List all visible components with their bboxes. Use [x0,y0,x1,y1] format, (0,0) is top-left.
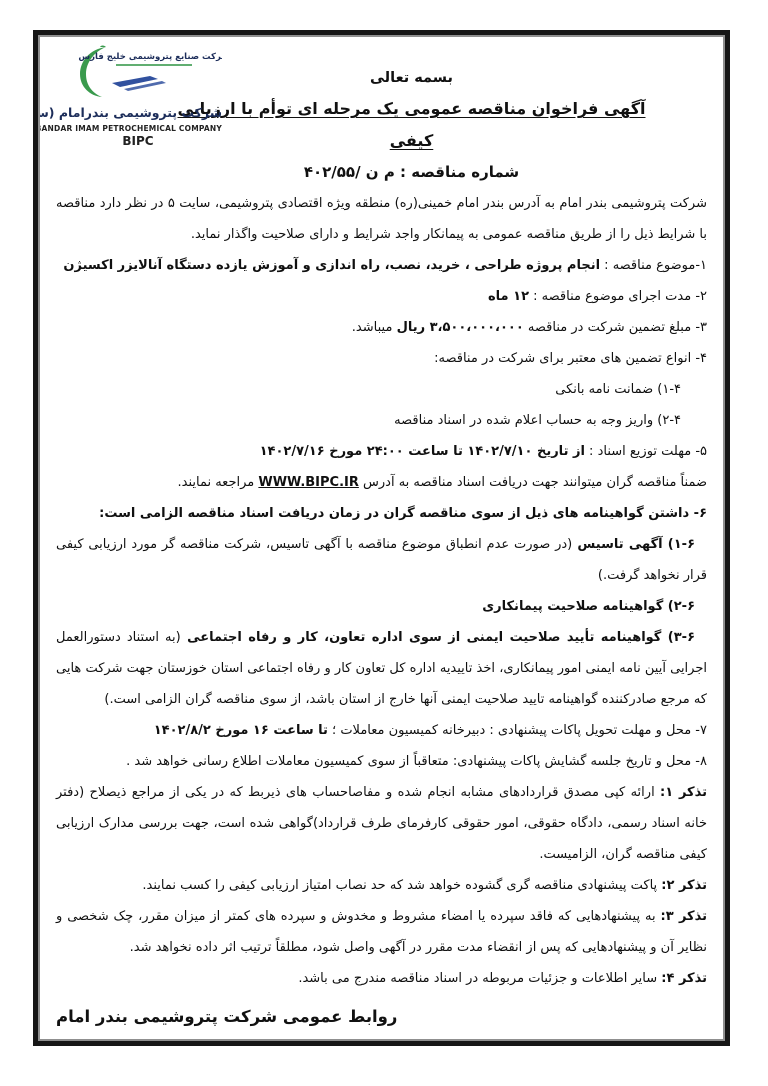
text-segment: ۲-۶) گواهینامه صلاحیت پیمانکاری [482,599,695,614]
item-3-guarantee-amount: ۳- مبلغ تضمین شرکت در مناقصه ۳،۵۰۰،۰۰۰،۰… [56,312,707,343]
item-2-duration: ۲- مدت اجرای موضوع مناقصه : ۱۲ ماه [56,281,707,312]
logo-abbreviation: BIPC [54,134,222,148]
text-segment: ۱-موضوع مناقصه : [600,258,707,273]
remark-3: تذکر ۳: به پیشنهادهایی که فاقد سپرده یا … [56,901,707,963]
text-segment: تذکر ۴: [661,971,707,986]
tender-number: شماره مناقصه : م ن /۴۰۲/۵۵ [176,157,647,187]
item-6-2-contractor-certificate: ۲-۶) گواهینامه صلاحیت پیمانکاری [56,591,707,622]
note-website: ضمناً مناقصه گران میتوانند جهت دریافت اس… [56,467,707,498]
text-segment: ۲- مدت اجرای موضوع مناقصه : [529,289,707,304]
text-segment: میباشد. [352,320,397,335]
caption-rule [116,64,192,66]
text-segment: مراجعه نمایند. [177,475,258,490]
remark-1: تذکر ۱: ارائه کپی مصدق قراردادهای مشابه … [56,777,707,870]
text-segment: به پیشنهادهایی که فاقد سپرده یا امضاء مش… [56,909,707,955]
document-frame: شرکت صنایع پتروشیمی خلیج فارس شرکت پتروش… [33,30,730,1046]
text-segment: ۴- انواع تضمین های معتبر برای شرکت در من… [434,351,707,366]
item-6-1-establishment-notice: ۱-۶) آگهی تاسیس (در صورت عدم انطباق موضو… [56,529,707,591]
text-segment: ضمناً مناقصه گران میتوانند جهت دریافت اس… [359,475,707,490]
text-segment: ۱۲ ماه [488,289,529,304]
item-5-document-distribution: ۵- مهلت توزیع اسناد : از تاریخ ۱۴۰۲/۷/۱۰… [56,436,707,467]
text-segment: انجام پروژه طراحی ، خرید، نصب، راه انداز… [63,258,600,273]
text-segment: ۶- داشتن گواهینامه های ذیل از سوی مناقصه… [99,506,707,521]
intro-paragraph: شرکت پتروشیمی بندر امام به آدرس بندر اما… [56,188,707,250]
remark-4: تذکر ۴: سایر اطلاعات و جزئیات مربوطه در … [56,963,707,994]
text-segment: تذکر ۲: [661,878,707,893]
document-body: شرکت پتروشیمی بندر امام به آدرس بندر اما… [56,188,707,994]
text-segment: ۷- محل و مهلت تحویل پاکات پیشنهادی : دبی… [328,723,707,738]
text-segment: ۱-۴) ضمانت نامه بانکی [555,382,681,397]
text-segment: تذکر ۱: [660,785,707,800]
item-6-certificates: ۶- داشتن گواهینامه های ذیل از سوی مناقصه… [56,498,707,529]
item-4-2-deposit: ۲-۴) واریز وجه به حساب اعلام شده در اسنا… [56,405,707,436]
text-segment: ۳- مبلغ تضمین شرکت در مناقصه [524,320,707,335]
remark-2: تذکر ۲: پاکت پیشنهادی مناقصه گری گشوده خ… [56,870,707,901]
item-4-1-bank-guarantee: ۱-۴) ضمانت نامه بانکی [56,374,707,405]
text-segment: تا ساعت ۱۶ مورخ ۱۴۰۲/۸/۲ [154,723,328,738]
item-7-envelope-delivery: ۷- محل و مهلت تحویل پاکات پیشنهادی : دبی… [56,715,707,746]
text-segment: تذکر ۳: [661,909,708,924]
item-4-guarantee-types: ۴- انواع تضمین های معتبر برای شرکت در من… [56,343,707,374]
text-segment: ۳-۶) گواهینامه تأیید صلاحیت ایمنی از سوی… [181,630,695,645]
text-segment: ارائه کپی مصدق قراردادهای مشابه انجام شد… [56,785,707,862]
text-segment: ۸- محل و تاریخ جلسه گشایش پاکات پیشنهادی… [126,754,707,769]
public-relations-signature: روابط عمومی شرکت پتروشیمی بندر امام [56,1002,707,1032]
text-segment: پاکت پیشنهادی مناقصه گری گشوده خواهد شد … [142,878,661,893]
logo-company-name-en: BANDAR IMAM PETROCHEMICAL COMPANY [54,123,222,134]
document-page: { "logo": { "parent_caption": "شرکت صنای… [0,0,768,1086]
document-frame-inner: شرکت صنایع پتروشیمی خلیج فارس شرکت پتروش… [38,35,725,1041]
logo-artwork: شرکت صنایع پتروشیمی خلیج فارس [54,43,222,105]
text-segment: شرکت پتروشیمی بندر امام به آدرس بندر اما… [56,196,707,242]
pgpic-swoosh-icon: شرکت صنایع پتروشیمی خلیج فارس [54,43,222,105]
tender-announcement-title: آگهی فراخوان مناقصه عمومی یک مرحله ای تو… [176,93,647,157]
text-segment: ۱-۶) آگهی تاسیس [572,537,695,552]
item-8-opening-session: ۸- محل و تاریخ جلسه گشایش پاکات پیشنهادی… [56,746,707,777]
text-segment: سایر اطلاعات و جزئیات مربوطه در اسناد من… [298,971,661,986]
text-segment: ۵- مهلت توزیع اسناد : [585,444,707,459]
bismillah-line: بسمه تعالی [176,63,647,93]
item-6-3-safety-certificate: ۳-۶) گواهینامه تأیید صلاحیت ایمنی از سوی… [56,622,707,715]
text-segment: از تاریخ ۱۴۰۲/۷/۱۰ تا ساعت ۲۴:۰۰ مورخ ۱۴… [260,444,585,459]
item-1-subject: ۱-موضوع مناقصه : انجام پروژه طراحی ، خری… [56,250,707,281]
logo-company-name-fa: شرکت پتروشیمی بندرامام (سهامی عام) [54,105,222,120]
text-segment: ۲-۴) واریز وجه به حساب اعلام شده در اسنا… [394,413,681,428]
bipc-url-link[interactable]: WWW.BIPC.IR [258,475,359,490]
text-segment: ۳،۵۰۰،۰۰۰،۰۰۰ ریال [397,320,524,335]
company-logo: شرکت صنایع پتروشیمی خلیج فارس شرکت پتروش… [54,43,222,148]
pgpic-caption-text: شرکت صنایع پتروشیمی خلیج فارس [78,52,222,62]
